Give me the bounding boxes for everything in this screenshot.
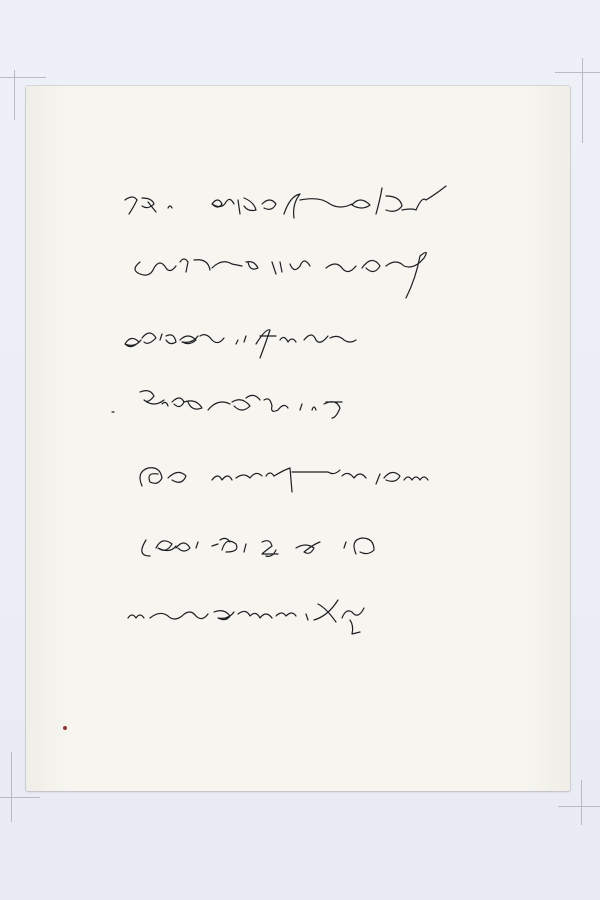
handwriting-line-2 — [135, 252, 426, 298]
handwriting — [0, 0, 600, 900]
handwriting-line-3 — [125, 330, 356, 358]
handwriting-line-5 — [140, 468, 428, 492]
handwriting-line-6 — [142, 538, 374, 556]
handwriting-line-4 — [112, 391, 342, 418]
handwriting-line-7 — [128, 600, 364, 634]
handwriting-line-1 — [125, 186, 446, 218]
